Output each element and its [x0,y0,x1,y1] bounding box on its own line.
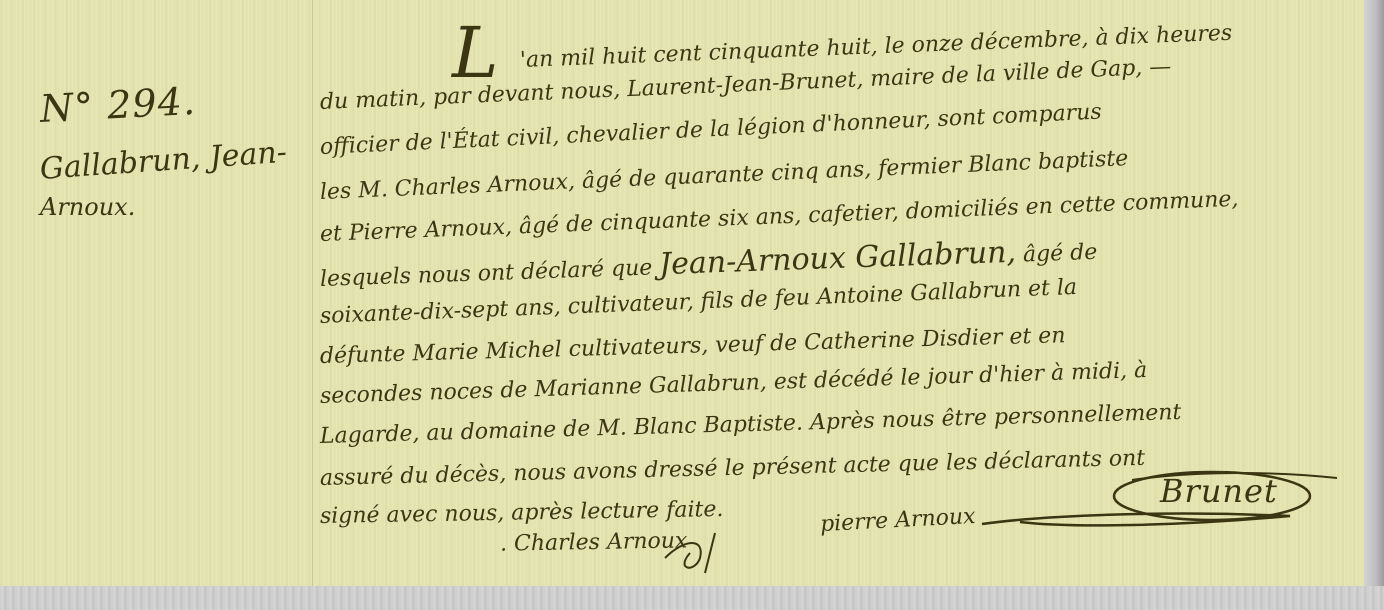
drop-cap: L [452,18,498,88]
deceased-name-in-text: Jean-Arnoux Gallabrun, [659,235,1017,282]
signature-flourish-icon [660,528,740,578]
body-line-6-start: lesquels nous ont déclaré que [320,255,653,292]
act-number: N° 294. [39,70,311,134]
signature-mayor-brunet: Brunet [1112,462,1322,532]
scan-border-bottom [0,586,1384,610]
deceased-name: Gallabrun, Jean- [39,131,311,190]
scan-border-right [1364,0,1384,610]
deceased-name-continued: Arnoux. [40,192,310,222]
margin-annotation: N° 294. Gallabrun, Jean- Arnoux. [40,84,310,222]
signature-mayor-name: Brunet [1160,472,1278,510]
margin-rule [312,0,313,586]
register-page: N° 294. Gallabrun, Jean- Arnoux. L 'an m… [0,0,1364,586]
body-line-6-tail: âgé de [1023,240,1098,268]
